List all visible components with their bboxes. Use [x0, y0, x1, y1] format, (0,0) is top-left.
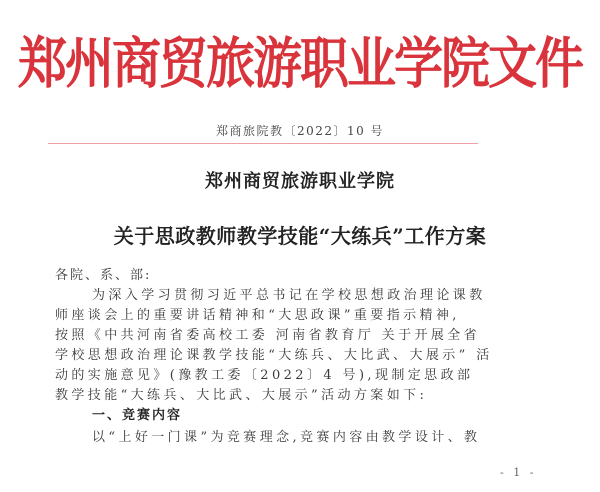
paragraph-line: 按照《中共河南省委高校工委 河南省教育厅 关于开展全省 — [55, 326, 555, 346]
paragraph-line: 学校思想政治理论课教学技能“大练兵、大比武、大展示” 活 — [55, 346, 555, 366]
document-number: 郑商旅院教〔2022〕10 号 — [0, 123, 600, 139]
paragraph-line: 为深入学习贯彻习近平总书记在学校思想政治理论课教 — [92, 286, 592, 306]
paragraph-line: 教学技能“大练兵、大比武、大展示”活动方案如下: — [55, 386, 555, 406]
red-separator-line — [48, 143, 478, 144]
page-number: - 1 - — [500, 466, 536, 480]
red-header-title: 郑州商贸旅游职业学院文件 — [0, 30, 600, 97]
issuer-name: 郑州商贸旅游职业学院 — [0, 170, 600, 194]
paragraph-line: 师座谈会上的重要讲话精神和“大思政课”重要指示精神, — [55, 306, 555, 326]
document-page: 郑州商贸旅游职业学院文件 郑商旅院教〔2022〕10 号 郑州商贸旅游职业学院 … — [0, 0, 600, 492]
salutation: 各院、系、部: — [55, 266, 555, 286]
document-title: 关于思政教师教学技能“大练兵”工作方案 — [0, 222, 600, 250]
section-heading: 一、竞赛内容 — [92, 406, 182, 426]
paragraph-line: 以“上好一门课”为竞赛理念,竞赛内容由教学设计、教 — [92, 428, 592, 448]
paragraph-line: 动的实施意见》(豫教工委〔2022〕4 号),现制定思政部 — [55, 366, 555, 386]
